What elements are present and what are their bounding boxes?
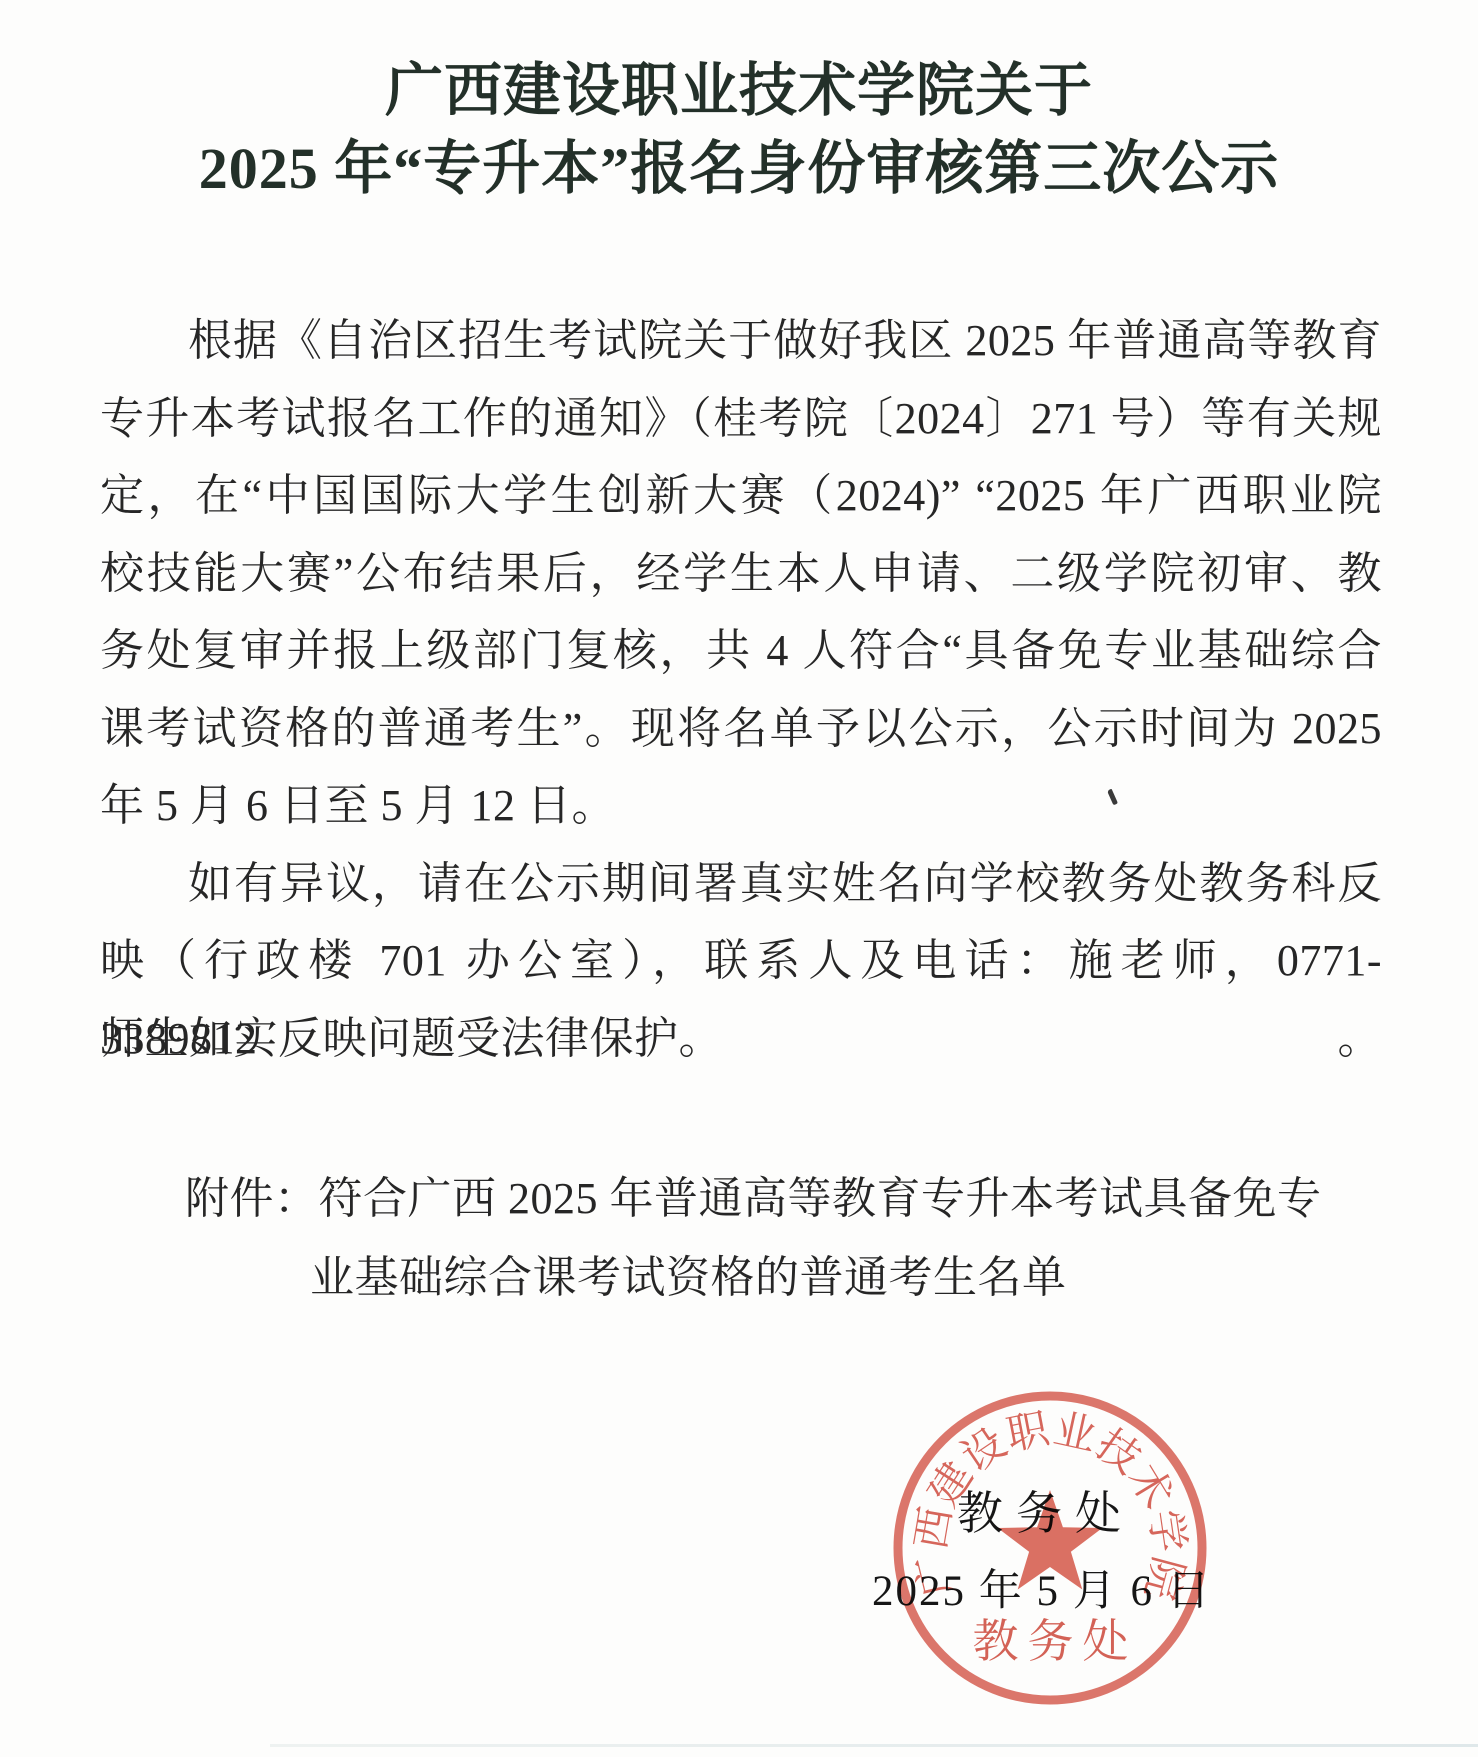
official-notice-page: 广西建设职业技术学院关于 2025 年“专升本”报名身份审核第三次公示 根据《自… [0,0,1478,1757]
paragraph2-line: 如有异议，请在公示期间署真实姓名向学校教务处教务科反 [100,845,1382,923]
document-title: 广西建设职业技术学院关于 2025 年“专升本”报名身份审核第三次公示 [0,52,1478,208]
body-text: 根据《自治区招生考试院关于做好我区 2025 年普通高等教育 专升本考试报名工作… [100,302,1382,1077]
paragraph1-line: 务处复审并报上级部门复核，共 4 人符合“具备免专业基础综合 [100,612,1382,690]
scan-edge-line [270,1744,1478,1747]
attachment-line: 业基础综合课考试资格的普通考生名单 [100,1238,1382,1317]
paragraph1-line: 专升本考试报名工作的通知》（桂考院〔2024〕271 号）等有关规 [100,380,1382,458]
seal-bottom-text: 教务处 [973,1616,1138,1667]
paragraph1-line: 定，在“中国国际大学生创新大赛（2024)” “2025 年广西职业院 [100,457,1382,535]
title-line-1: 广西建设职业技术学院关于 [0,52,1478,130]
star-icon [998,1490,1103,1590]
paragraph2-line: 映（行政楼 701 办公室），联系人及电话：施老师，0771-3389812。 [100,922,1382,1000]
paragraph1-line: 根据《自治区招生考试院关于做好我区 2025 年普通高等教育 [100,302,1382,380]
attachment-line: 附件：符合广西 2025 年普通高等教育专升本考试具备免专 [100,1159,1382,1238]
paragraph1-line: 年 5 月 6 日至 5 月 12 日。 [100,767,1382,845]
official-seal: 广西建设职业技术学院 教务处 [885,1385,1215,1715]
attachment-note: 附件：符合广西 2025 年普通高等教育专升本考试具备免专 业基础综合课考试资格… [100,1159,1382,1317]
paragraph1-line: 课考试资格的普通考生”。现将名单予以公示，公示时间为 2025 [100,690,1382,768]
paragraph1-line: 校技能大赛”公布结果后，经学生本人申请、二级学院初审、教 [100,535,1382,613]
title-line-2: 2025 年“专升本”报名身份审核第三次公示 [0,130,1478,208]
